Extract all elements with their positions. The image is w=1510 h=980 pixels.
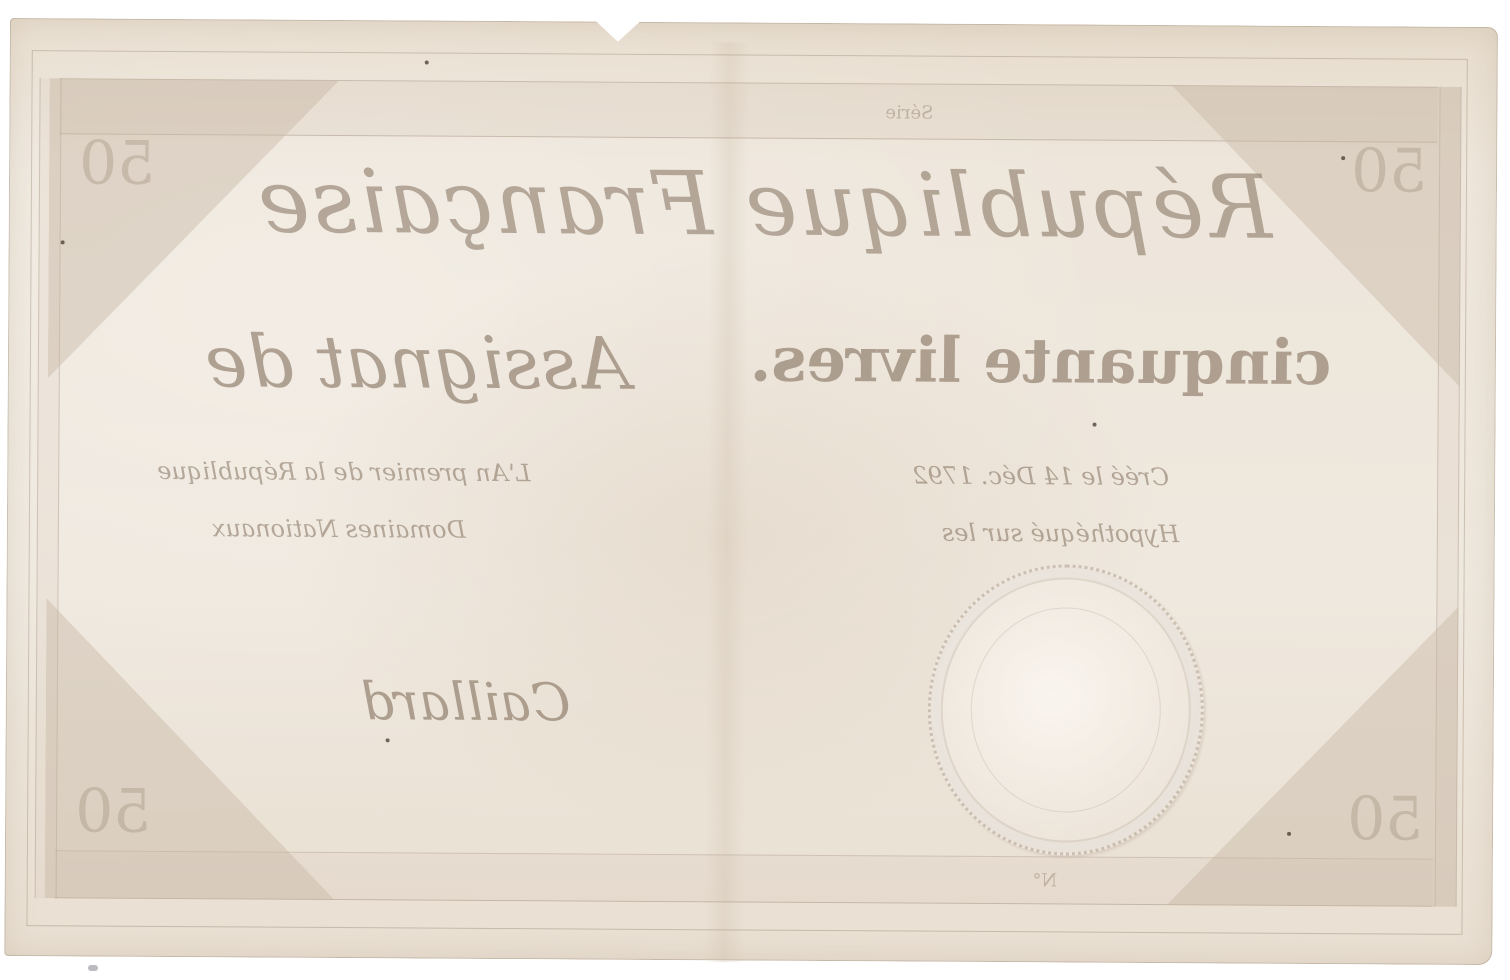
ink-speck (1093, 423, 1097, 427)
seal-inner-ring (970, 607, 1161, 813)
ink-speck (1341, 156, 1345, 160)
corner-value-top-left: 50 (79, 128, 156, 198)
banknote: 50 50 50 50 Série République Française A… (4, 18, 1498, 965)
ink-speck (386, 738, 390, 742)
numero-label: N° (995, 866, 1095, 897)
title-text: République Française (255, 150, 1272, 259)
value-group: Assignat de cinquante livres. (204, 319, 1331, 410)
ink-speck (425, 61, 429, 65)
creation-date-line: Créé le 14 Déc. 1792 (912, 462, 1169, 492)
value-text: cinquante livres. (749, 323, 1331, 411)
corner-value-bottom-right: 50 (1347, 784, 1424, 854)
title-showthrough: République Française (229, 149, 1300, 259)
embossed-dry-seal (927, 564, 1205, 857)
corner-value-bottom-left: 50 (75, 776, 152, 846)
torn-notch (592, 18, 644, 42)
ink-speck (1287, 832, 1291, 836)
corner-value-top-right: 50 (1351, 136, 1428, 206)
signature: Caillard (361, 672, 571, 733)
ink-speck (61, 240, 65, 244)
hypotheque-line: Hypothéqué sur les (942, 519, 1179, 548)
serie-label: Série (829, 93, 989, 134)
value-prefix: Assignat de (204, 319, 629, 406)
domaines-line: Domaines Nationaux (212, 514, 466, 544)
year-republic-line: L'An premier de la République (157, 457, 531, 487)
value-showthrough: Assignat de cinquante livres. (168, 319, 1368, 410)
background-speck (88, 965, 98, 971)
